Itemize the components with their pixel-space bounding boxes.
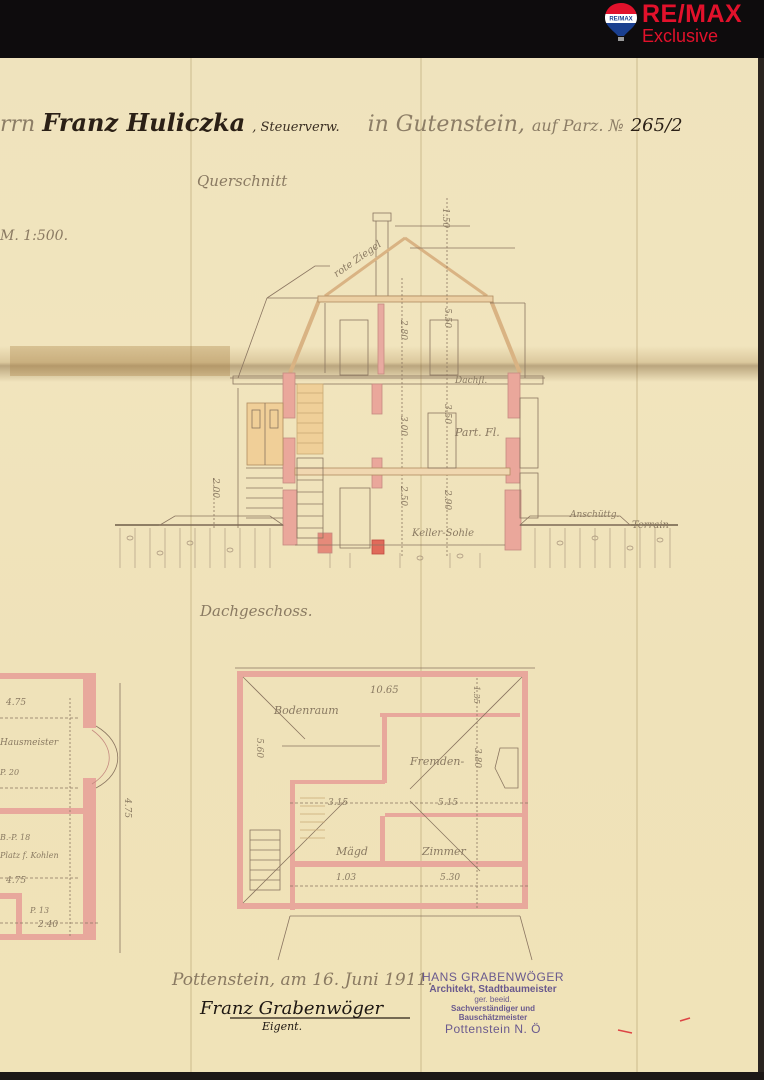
room-label-magd: Mägd <box>336 845 368 858</box>
signature: Franz Grabenwöger <box>200 998 383 1019</box>
plan-label: P. 20 <box>0 768 19 777</box>
architectural-drawing-sheet: rrn Franz Huliczka , Steuerverw. in Gute… <box>0 58 764 1072</box>
dimension: 1.50 <box>440 208 450 228</box>
dimension: 1.03 <box>336 873 356 883</box>
dimension: 5.50 <box>442 308 452 328</box>
dimension: 2.00 <box>210 478 220 498</box>
dimension: 2.90 <box>442 490 452 510</box>
fill-label: Anschüttg. <box>570 510 619 520</box>
plan-label: P. 13 <box>30 906 49 915</box>
stamp-certified: ger. beeid. <box>418 995 568 1004</box>
dimension: 2.80 <box>398 320 408 340</box>
dimension: 5.15 <box>438 798 458 808</box>
room-label-hausmeister: Hausmeister <box>0 738 58 748</box>
svg-text:RE/MAX: RE/MAX <box>609 17 632 23</box>
dimension: 5.60 <box>254 738 264 758</box>
header-bar: RE/MAX RE/MAX Exclusive <box>0 0 764 62</box>
room-label-fremden: Fremden- <box>410 755 464 768</box>
plan-dim: 4.75 <box>6 698 26 708</box>
brand-name: RE/MAX <box>642 1 742 27</box>
remax-logo[interactable]: RE/MAX RE/MAX Exclusive <box>602 2 764 48</box>
room-label-bodenraum: Bodenraum <box>274 704 339 717</box>
dimension: 3.80 <box>472 748 482 768</box>
plan-dim: 2.40 <box>38 920 58 930</box>
dimension: 5.30 <box>440 873 460 883</box>
stamp-title: Architekt, Stadtbaumeister <box>418 984 568 995</box>
plan-label: B.-P. 18 <box>0 833 30 842</box>
plan-dim: 4.75 <box>6 876 26 886</box>
bottom-edge <box>0 1072 764 1080</box>
dimension: 10.65 <box>370 685 399 696</box>
brand-subtitle: Exclusive <box>642 26 718 46</box>
floor-line-label: Dachfl. <box>455 376 487 386</box>
place-date: Pottenstein, am 16. Juni 1911. <box>172 970 433 990</box>
stamp-role: Sachverständiger und Bauschätzmeister <box>418 1004 568 1022</box>
stamp-location: Pottenstein N. Ö <box>418 1022 568 1036</box>
terrain-label: Terrain <box>632 520 669 531</box>
room-label-zimmer: Zimmer <box>422 845 466 858</box>
dimension: 1.35 <box>472 686 481 704</box>
ground-floor-label: Part. Fl. <box>455 426 500 439</box>
cellar-label: Keller-Sohle <box>412 528 474 539</box>
stamp-name: HANS GRABENWÖGER <box>418 970 568 984</box>
plan-dim: 4.75 <box>122 798 132 818</box>
architect-stamp: HANS GRABENWÖGER Architekt, Stadtbaumeis… <box>418 970 568 1036</box>
balloon-icon: RE/MAX <box>604 2 638 42</box>
drawing-linework <box>0 58 758 1072</box>
dimension: 2.50 <box>398 486 408 506</box>
plan-label: Platz f. Kohlen <box>0 851 59 860</box>
signature-note: Eigent. <box>262 1020 302 1033</box>
dimension: 3.50 <box>442 404 452 424</box>
dimension: 3.15 <box>328 798 348 808</box>
dimension: 3.00 <box>398 416 408 436</box>
